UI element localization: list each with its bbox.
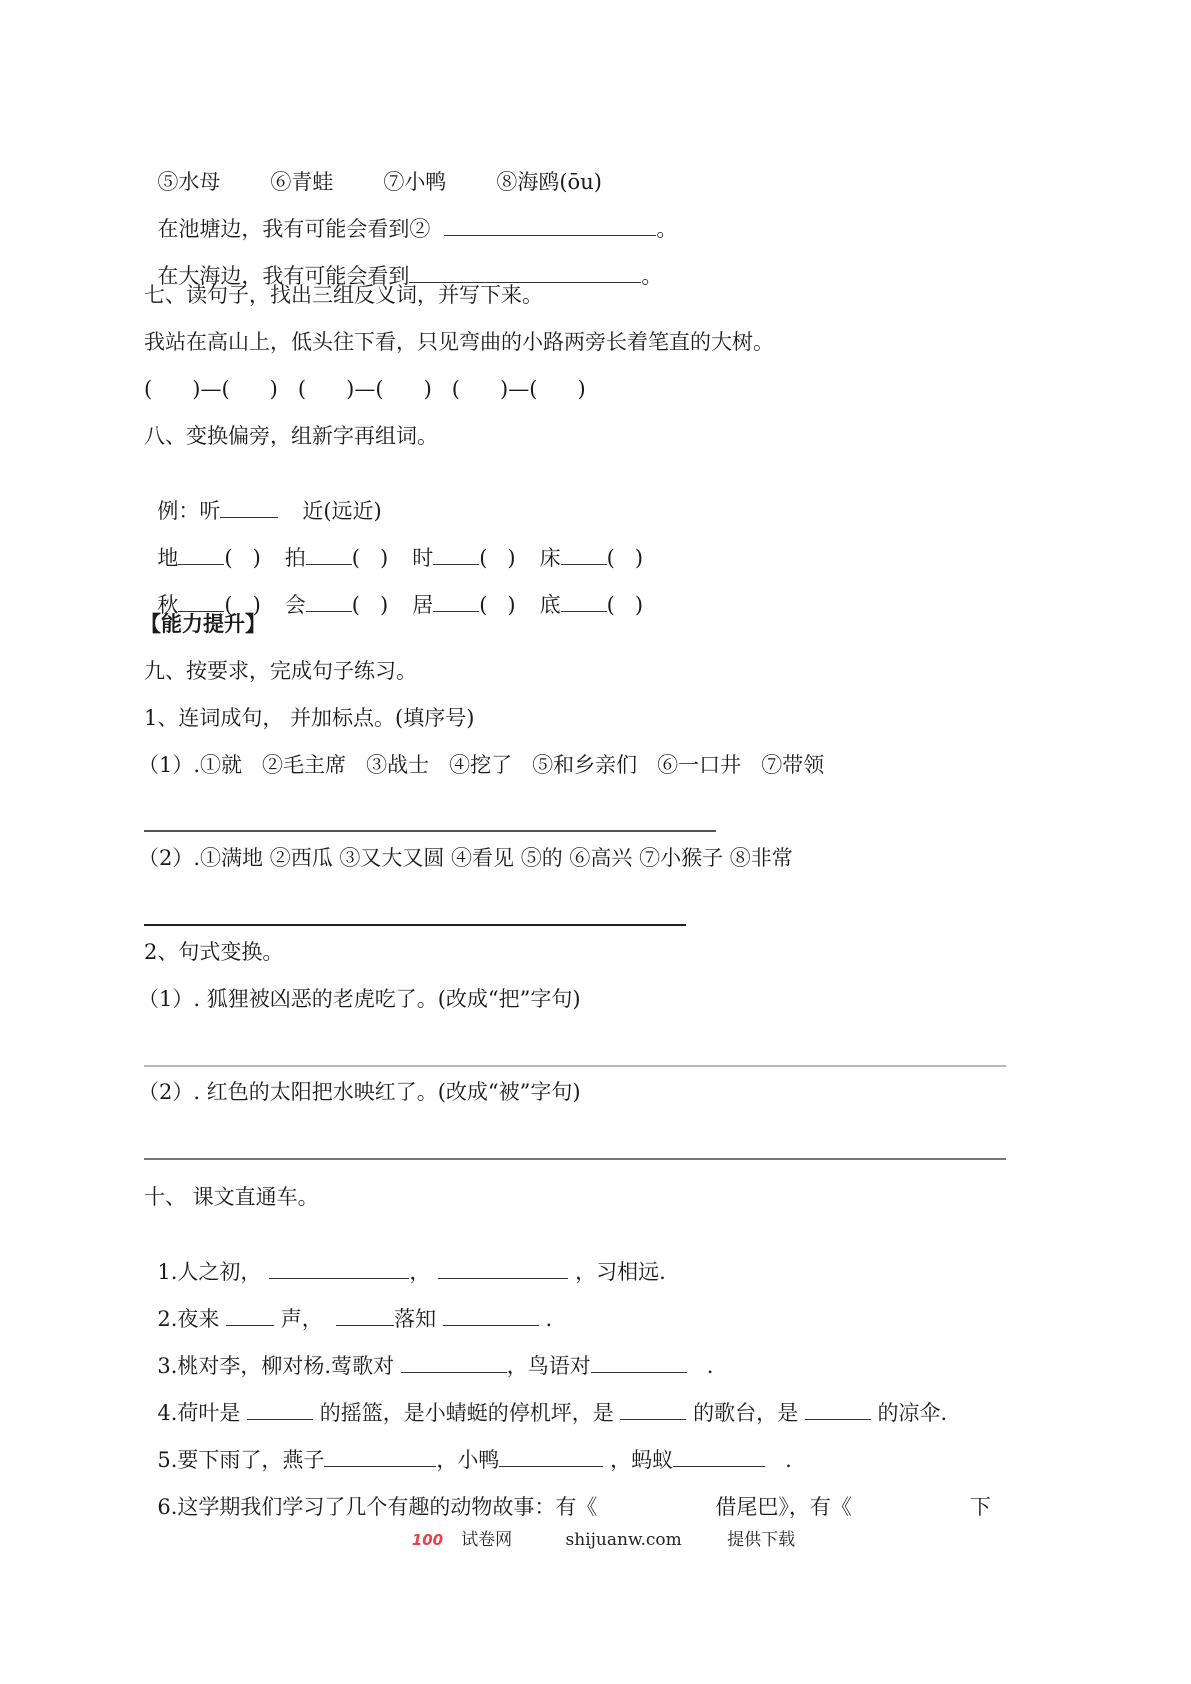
sea-answer-blank[interactable] [409,262,641,283]
q5-blank-3[interactable] [673,1446,765,1467]
word-paren[interactable]: ( ) [607,593,643,617]
q1-title: 1、连词成句， 并加标点。(填序号) [144,704,474,732]
q2-blank-3[interactable] [443,1305,539,1326]
section8-title: 八、变换偏旁，组新字再组词。 [144,422,438,450]
word-paren[interactable]: ( ) [352,593,388,617]
q1-1-words: （1）.①就 ②毛主席 ③战士 ④挖了 ⑤和乡亲们 ⑥一口井 ⑦带领 [138,751,824,779]
q1-2-answer-line[interactable] [144,924,686,926]
section7-sentence: 我站在高山上，低头往下看，只见弯曲的小路两旁长着笔直的大树。 [144,328,774,356]
page-footer: 100试卷网 shijuanw.com 提供下载 [0,1525,1191,1550]
site-name: 试卷网 [461,1530,512,1550]
q5-blank-1[interactable] [324,1446,436,1467]
recite-q6: 6.这学期我们学习了几个有趣的动物故事：有《借尾巴》，有《下 [144,1465,991,1521]
section9-title: 九、按要求，完成句子练习。 [144,657,417,685]
radical-blank[interactable] [306,544,352,565]
footer-tagline: 提供下载 [727,1530,795,1550]
site-logo-icon: 100 [412,1531,443,1549]
radical-blank[interactable] [433,591,479,612]
q1-blank-2[interactable] [438,1258,568,1279]
q2-blank-1[interactable] [226,1305,274,1326]
q2-1-answer-line[interactable] [144,1065,1006,1067]
radical-blank[interactable] [561,544,607,565]
q6-text: 借尾巴》，有《 [715,1495,852,1519]
q2-1-prompt: （1）. 狐狸被凶恶的老虎吃了。(改成“把”字句) [138,985,581,1013]
section10-title: 十、 课文直通车。 [144,1183,319,1211]
q4-text: 的凉伞. [871,1401,947,1425]
radical-blank[interactable] [433,544,479,565]
q3-blank-2[interactable] [591,1352,687,1373]
q1-2-words: （2）.①满地 ②西瓜 ③又大又圆 ④看见 ⑤的 ⑥高兴 ⑦小猴子 ⑧非常 [138,844,793,872]
q3-blank-1[interactable] [401,1352,507,1373]
example-blank [220,497,278,518]
char-hui: 会 [285,593,306,617]
end-mark: 。 [641,264,662,288]
q2-2-prompt: （2）. 红色的太阳把水映红了。(改成“被”字句) [138,1078,581,1106]
radical-blank[interactable] [306,591,352,612]
q2-blank-2[interactable] [336,1305,394,1326]
ability-section-header: 【能力提升】 [140,610,266,638]
q4-blank-2[interactable] [620,1399,686,1420]
q6-text: 下 [970,1495,991,1519]
antonym-pairs-line[interactable]: ( )—( ) ( )—( ) ( )—( ) [144,375,586,403]
word-paren[interactable]: ( ) [479,593,515,617]
q2-title: 2、句式变换。 [144,938,283,966]
section7-title: 七、读句子，找出三组反义词，并写下来。 [144,281,543,309]
char-ju: 居 [412,593,433,617]
q5-blank-2[interactable] [499,1446,603,1467]
q1-text: ，习相远. [568,1260,665,1284]
q6-text: 6.这学期我们学习了几个有趣的动物故事：有《 [157,1495,597,1519]
pond-answer-blank[interactable] [444,215,656,236]
char-di2: 底 [540,593,561,617]
radical-blank[interactable] [178,544,224,565]
radical-blank[interactable] [561,591,607,612]
q1-1-answer-line[interactable] [144,830,716,832]
q4-blank-1[interactable] [247,1399,313,1420]
q1-blank-1[interactable] [269,1258,409,1279]
radical-blank[interactable] [178,591,224,612]
q4-blank-3[interactable] [805,1399,871,1420]
q2-2-answer-line[interactable] [144,1158,1006,1160]
site-domain-link[interactable]: shijuanw.com [566,1530,682,1550]
